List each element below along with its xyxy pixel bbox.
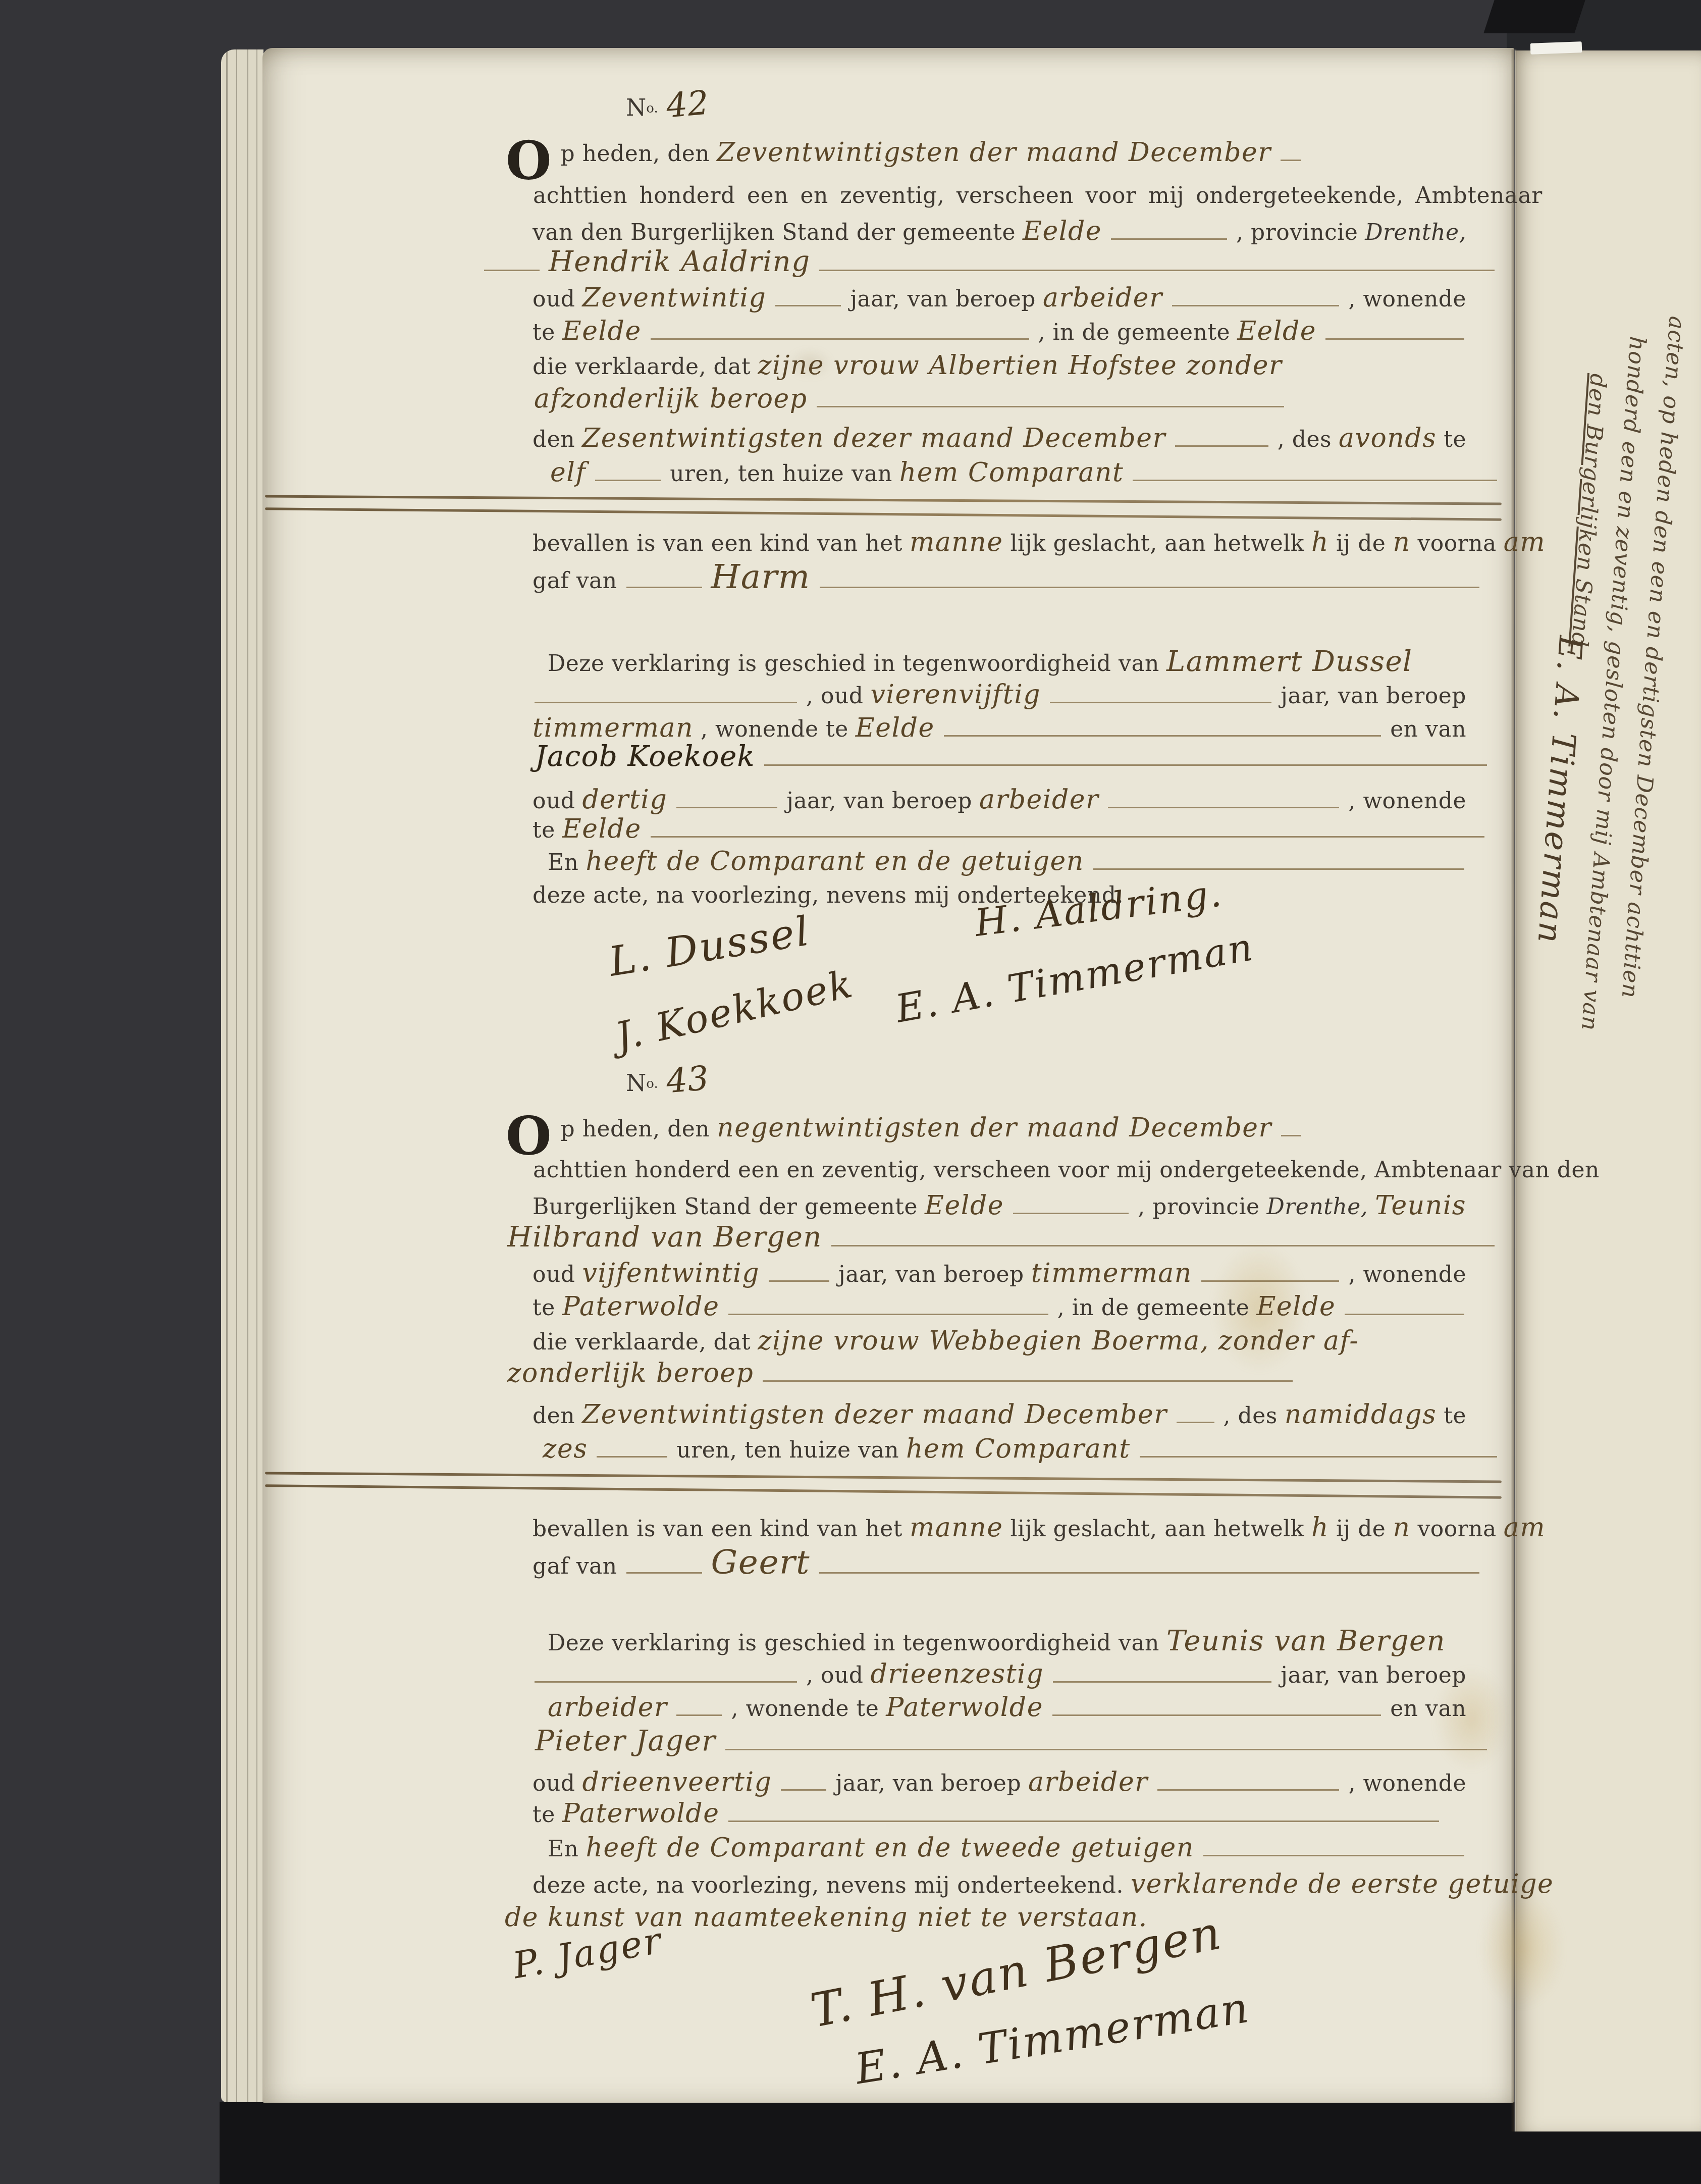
printed-text: te (1444, 1403, 1466, 1429)
act43-line-opening: Op heden, den negentwintigsten der maand… (506, 1113, 1303, 1151)
printed-text: , in de gemeente (1038, 320, 1231, 345)
blank-rule (763, 1380, 1293, 1382)
handwritten-text: Eelde (1237, 316, 1316, 346)
number-superscript: o. (646, 1076, 658, 1091)
act43-line-gemeente: Burgerlijken Stand der gemeente Eelde , … (533, 1190, 1466, 1221)
handwritten-text: verklarende de eerste getuige (1131, 1869, 1554, 1899)
blank-rule (1013, 1213, 1129, 1214)
printed-text: bevallen is van een kind van het (533, 1516, 902, 1542)
blank-rule (1050, 702, 1271, 703)
act-number-42: No.42 (626, 85, 709, 124)
blank-rule (1093, 868, 1464, 870)
printed-text: achttien honderd een en zeventig, versch… (533, 1157, 1600, 1183)
handwritten-text: Hilbrand van Bergen (507, 1221, 822, 1254)
paper-tab (1530, 41, 1582, 55)
handwritten-text: Eelde (1023, 216, 1102, 246)
blank-rule (1281, 1135, 1301, 1136)
printed-text: , wonende (1348, 1262, 1466, 1287)
blank-rule (820, 587, 1479, 588)
act42-line-voornaam: gaf van Harm (533, 557, 1481, 596)
act42-line-getuige1: Deze verklaring is geschied in tegenwoor… (548, 645, 1466, 678)
blank-rule (626, 587, 702, 588)
printed-text: te (1444, 427, 1466, 452)
handwritten-text: Teunis van Bergen (1166, 1625, 1446, 1657)
printed-text: te (533, 1802, 555, 1828)
handwritten-text: Eelde (562, 316, 642, 346)
printed-text: , des (1278, 427, 1332, 452)
act42-line-getuige1-leeftijd: , oud vierenvijftig jaar, van beroep (533, 680, 1466, 710)
act42-line-getuige1-beroep: timmerman , wonende te Eelde en van (533, 713, 1466, 743)
printed-text: , provincie (1236, 220, 1358, 245)
handwritten-text: timmerman (1031, 1258, 1192, 1288)
act43-line-beroep-moeder: zonderlijk beroep (507, 1358, 1295, 1388)
printed-text: oud (533, 1771, 575, 1796)
blank-rule (1053, 1681, 1271, 1683)
handwritten-text: Eelde (856, 713, 935, 743)
act43-line-woonplaats: te Paterwolde , in de gemeente Eelde (533, 1291, 1466, 1322)
handwritten-text: Paterwolde (562, 1798, 720, 1829)
handwritten-child-name: Geert (711, 1543, 810, 1582)
act42-line-ondertekening-1: En heeft de Comparant en de getuigen (548, 846, 1466, 876)
handwritten-text: negentwintigsten der maand December (717, 1113, 1272, 1143)
act42-line-getuige2-woonplaats: te Eelde (533, 814, 1486, 844)
printed-text: , wonende te (701, 716, 848, 742)
handwritten-text: manne (910, 1513, 1003, 1543)
blank-rule (831, 1245, 1495, 1246)
act43-line-getuige2-woonplaats: te Paterwolde (533, 1798, 1441, 1829)
printed-text: lijk geslacht, aan hetwelk (1011, 1516, 1304, 1542)
handwritten-text: Zeventwintigsten der maand December (717, 137, 1271, 168)
printed-text: uren, ten huize van (670, 461, 892, 487)
handwritten-text: zes (543, 1434, 588, 1464)
printed-text: gaf van (533, 1553, 617, 1579)
act43-line-getuige1-leeftijd: , oud drieenzestig jaar, van beroep (533, 1659, 1466, 1689)
handwritten-text: Pieter Jager (535, 1725, 716, 1757)
page-fold-line (1511, 49, 1517, 2131)
handwritten-text: arbeider (548, 1692, 667, 1723)
handwritten-text: Teunis (1375, 1190, 1466, 1221)
handwritten-child-name: Harm (711, 557, 811, 596)
handwritten-text: Zesentwintigsten dezer maand December (582, 423, 1166, 453)
blank-rule (1111, 238, 1227, 240)
handwritten-text: n (1393, 1513, 1410, 1543)
scanned-register-photo: { "colors":{"background":"#343438","pape… (0, 0, 1701, 2184)
blank-rule (1172, 305, 1340, 306)
blank-rule (728, 1314, 1048, 1315)
printed-text: achttien honderd een en zeventig, versch… (533, 183, 1543, 209)
printed-text: jaar, van beroep (1281, 683, 1466, 709)
blank-rule (651, 836, 1484, 838)
act42-line-beroep-moeder: afzonderlijk beroep (534, 384, 1286, 414)
act42-line-gemeente: van den Burgerlijken Stand der gemeente … (533, 216, 1466, 246)
handwritten-text: n (1393, 527, 1410, 557)
handwritten-text: heeft de Comparant en de tweede getuigen (586, 1833, 1194, 1863)
book-cover-top-right-shadow (1483, 0, 1585, 33)
blank-rule (676, 1714, 722, 1716)
act42-line-verklaring-moeder: die verklaarde, dat zijne vrouw Albertie… (533, 350, 1466, 381)
handwritten-text: arbeider (1028, 1767, 1148, 1797)
act42-line-geslacht: bevallen is van een kind van het manne l… (533, 527, 1476, 557)
blank-rule (595, 480, 661, 481)
act43-line-getuige1-beroep: arbeider , wonende te Paterwolde en van (548, 1692, 1466, 1723)
blank-rule (1108, 807, 1339, 808)
handwritten-text: am (1504, 527, 1546, 557)
handwritten-text: dertig (582, 785, 668, 815)
blank-rule (764, 764, 1487, 766)
handwritten-text: drieenveertig (582, 1767, 772, 1797)
printed-text: jaar, van beroep (835, 1771, 1021, 1796)
blank-rule (676, 807, 777, 808)
handwritten-text: Paterwolde (886, 1692, 1043, 1723)
page-edge-stack (221, 49, 263, 2102)
handwritten-text: arbeider (1043, 283, 1162, 313)
ornamental-initial: O (506, 142, 552, 180)
printed-text: uren, ten huize van (676, 1437, 899, 1463)
act43-line-geboorteuur: zes uren, ten huize van hem Comparant (543, 1434, 1499, 1464)
ornamental-initial: O (506, 1118, 552, 1156)
printed-text: te (533, 320, 555, 345)
blank-rule (597, 1456, 667, 1458)
act42-line-year: achttien honderd een en zeventig, versch… (533, 183, 1466, 209)
act43-line-getuige2-naam: Pieter Jager (535, 1725, 1489, 1757)
printed-text: p heden, den (561, 141, 710, 167)
printed-text: , provincie (1138, 1194, 1259, 1220)
printed-text: Deze verklaring is geschied in tegenwoor… (548, 651, 1159, 677)
act43-line-voornaam: gaf van Geert (533, 1543, 1481, 1582)
act43-line-ondertekening-1: En heeft de Comparant en de tweede getui… (548, 1833, 1466, 1863)
handwritten-text: manne (910, 527, 1003, 557)
printed-text: te (533, 1295, 555, 1321)
printed-text: , wonende te (731, 1696, 879, 1722)
printed-text: ij de (1336, 1516, 1386, 1542)
printed-text: ij de (1336, 531, 1386, 556)
handwritten-text: heeft de Comparant en de getuigen (586, 846, 1084, 876)
act43-line-age-beroep: oud vijfentwintig jaar, van beroep timme… (533, 1258, 1466, 1288)
handwritten-text: vierenvijftig (870, 680, 1041, 710)
blank-rule (1140, 1456, 1497, 1458)
handwritten-text: zijne vrouw Albertien Hofstee zonder (758, 350, 1282, 381)
printed-text: , wonende (1348, 286, 1466, 312)
blank-rule (484, 270, 540, 271)
printed-text: En (548, 850, 578, 875)
act43-line-comparant-name: Hilbrand van Bergen (507, 1221, 1497, 1254)
printed-text: die verklaarde, dat (533, 1329, 751, 1355)
printed-text: oud (533, 286, 575, 312)
handwritten-text: Jacob Koekoek (535, 740, 755, 773)
handwritten-text: Lammert Dussel (1166, 645, 1412, 678)
printed-text: deze acte, na voorlezing, nevens mij ond… (533, 1873, 1124, 1898)
act43-line-year: achttien honderd een en zeventig, versch… (533, 1157, 1466, 1183)
printed-text: bevallen is van een kind van het (533, 531, 902, 556)
handwritten-text: zonderlijk beroep (507, 1358, 754, 1388)
handwritten-text: Eelde (562, 814, 642, 844)
handwritten-text: namiddags (1285, 1399, 1437, 1430)
printed-text: , des (1224, 1403, 1278, 1429)
act43-line-geslacht: bevallen is van een kind van het manne l… (533, 1513, 1476, 1543)
printed-text: jaar, van beroep (786, 788, 972, 814)
act42-line-comparant-name: Hendrik Aaldring (482, 245, 1497, 278)
number-superscript: o. (646, 101, 658, 116)
blank-rule (626, 1572, 702, 1574)
printed-text: Deze verklaring is geschied in tegenwoor… (548, 1630, 1159, 1656)
printed-text: jaar, van beroep (1281, 1662, 1466, 1688)
handwritten-text: am (1504, 1513, 1546, 1543)
blank-rule (781, 1789, 826, 1791)
number-prefix: N (626, 94, 646, 121)
number-prefix: N (626, 1069, 646, 1097)
act-number-value: 42 (665, 83, 710, 125)
blank-rule (817, 406, 1284, 407)
printed-text: En (548, 1836, 578, 1862)
printed-text: gaf van (533, 568, 617, 594)
handwritten-text: afzonderlijk beroep (534, 384, 808, 414)
printed-text: voorna (1417, 531, 1496, 556)
printed-text: en van (1390, 716, 1466, 742)
printed-text: , wonende (1348, 1771, 1466, 1796)
handwritten-text: Zeventwintigsten dezer maand December (582, 1399, 1167, 1430)
printed-text-italic: Drenthe, (1365, 220, 1466, 245)
handwritten-text: Hendrik Aaldring (549, 245, 810, 278)
handwritten-text: zijne vrouw Webbegien Boerma, zonder af- (758, 1326, 1359, 1356)
blank-rule (1133, 480, 1497, 481)
blank-rule (1325, 338, 1464, 340)
blank-rule (728, 1821, 1439, 1822)
blank-rule (1175, 445, 1268, 447)
act43-line-geboortedatum: den Zeventwintigsten dezer maand Decembe… (533, 1399, 1466, 1430)
printed-text: jaar, van beroep (838, 1262, 1024, 1287)
blank-rule (535, 702, 797, 703)
blank-rule (1345, 1314, 1464, 1315)
printed-text: p heden, den (561, 1116, 710, 1142)
blank-rule (775, 305, 841, 306)
printed-text: den (533, 427, 575, 452)
act43-line-verklaring-moeder: die verklaarde, dat zijne vrouw Webbegie… (533, 1326, 1466, 1356)
printed-text: jaar, van beroep (850, 286, 1036, 312)
handwritten-text: vijfentwintig (582, 1258, 760, 1288)
act42-line-geboortedatum: den Zesentwintigsten dezer maand Decembe… (533, 423, 1466, 453)
act-number-value: 43 (665, 1058, 710, 1101)
printed-text: voorna (1417, 1516, 1496, 1542)
handwritten-text: elf (550, 457, 586, 488)
book-cover-bottom (220, 2102, 1701, 2184)
handwritten-text: Eelde (925, 1190, 1004, 1221)
blank-rule (819, 270, 1495, 271)
printed-text: te (533, 817, 555, 843)
printed-text: , in de gemeente (1057, 1295, 1250, 1321)
blank-rule (1177, 1422, 1214, 1423)
printed-text: lijk geslacht, aan hetwelk (1011, 531, 1304, 556)
act43-line-ondertekening-2: deze acte, na voorlezing, nevens mij ond… (533, 1869, 1507, 1899)
blank-rule (1203, 1855, 1464, 1856)
act42-line-woonplaats: te Eelde , in de gemeente Eelde (533, 316, 1466, 346)
act42-line-getuige2-naam: Jacob Koekoek (535, 740, 1489, 773)
blank-rule (725, 1749, 1487, 1750)
handwritten-text: avonds (1339, 423, 1437, 453)
handwritten-text: hem Comparant (899, 457, 1124, 488)
blank-rule (1052, 1714, 1381, 1716)
handwritten-text: Paterwolde (562, 1291, 720, 1322)
printed-text: oud (533, 1262, 575, 1287)
handwritten-text: Eelde (1256, 1291, 1336, 1322)
blank-rule (1201, 1280, 1340, 1282)
handwritten-text: de kunst van naamteekening niet te verst… (505, 1902, 1148, 1933)
printed-text-italic: Drenthe, (1267, 1194, 1368, 1220)
printed-text: den (533, 1403, 575, 1429)
blank-rule (944, 735, 1381, 737)
blank-rule (819, 1572, 1479, 1574)
printed-text: en van (1390, 1696, 1466, 1722)
act-number-43: No.43 (626, 1060, 709, 1099)
act43-line-getuige2-leeftijd: oud drieenveertig jaar, van beroep arbei… (533, 1767, 1466, 1797)
act43-line-getuige1: Deze verklaring is geschied in tegenwoor… (548, 1625, 1466, 1657)
act42-line-getuige2-leeftijd: oud dertig jaar, van beroep arbeider , w… (533, 785, 1466, 815)
printed-text: , oud (806, 1662, 863, 1688)
act42-line-geboorteuur: elf uren, ten huize van hem Comparant (550, 457, 1499, 488)
act42-line-age-beroep: oud Zeventwintig jaar, van beroep arbeid… (533, 283, 1466, 313)
printed-text: die verklaarde, dat (533, 354, 751, 380)
printed-text: Burgerlijken Stand der gemeente (533, 1194, 918, 1220)
printed-text: , oud (806, 683, 863, 709)
handwritten-text: hem Comparant (906, 1434, 1131, 1464)
handwritten-text: timmerman (533, 713, 694, 743)
blank-rule (535, 1681, 797, 1683)
printed-text: , wonende (1348, 788, 1466, 814)
handwritten-text: drieenzestig (870, 1659, 1043, 1689)
blank-rule (651, 338, 1029, 340)
printed-text: van den Burgerlijken Stand der gemeente (533, 220, 1016, 245)
handwritten-text: Zeventwintig (582, 283, 767, 313)
handwritten-text: arbeider (979, 785, 1099, 815)
blank-rule (1157, 1789, 1340, 1791)
blank-rule (1281, 160, 1301, 161)
blank-rule (769, 1280, 829, 1282)
paper-stain (1479, 1888, 1565, 2009)
handwritten-text: h (1311, 527, 1329, 557)
act42-line-opening: Op heden, den Zeventwintigsten der maand… (506, 137, 1303, 175)
printed-text: oud (533, 788, 575, 814)
handwritten-text: h (1311, 1513, 1329, 1543)
